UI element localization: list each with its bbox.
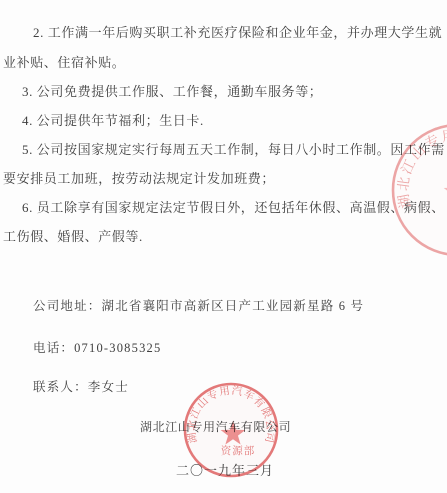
company-phone: 电话：0710-3085325 xyxy=(33,338,161,356)
contact-person: 联系人：李女士 xyxy=(33,377,129,395)
body-line-3: 3. 公司免费提供工作服、工作餐，通勤车服务等； xyxy=(22,81,322,100)
document-page: 2. 工作满一年后购买职工补充医疗保险和企业年金，并办理大学生就 业补贴、住宿补… xyxy=(0,0,447,493)
body-line-1: 2. 工作满一年后购买职工补充医疗保险和企业年金，并办理大学生就 xyxy=(33,22,442,41)
seal-arc-text: 湖北江山专用汽车有限公司 xyxy=(185,385,277,445)
body-line-4: 4. 公司提供年节福利；生日卡. xyxy=(22,110,204,129)
body-line-7: 6. 员工除享有国家规定法定节假日外，还包括年休假、高温假、病假、 xyxy=(22,197,445,216)
company-signature: 湖北江山专用汽车有限公司 xyxy=(140,418,291,435)
body-line-5: 5. 公司按国家规定实行每周五天工作制，每日八小时工作制。因工作需 xyxy=(22,139,445,158)
body-line-6: 要安排员工加班，按劳动法规定计发加班费； xyxy=(3,168,275,187)
svg-text:湖北江山专用汽车有限公司: 湖北江山专用汽车有限公司 xyxy=(185,385,277,445)
body-line-2: 业补贴、住宿补贴。 xyxy=(3,52,125,71)
company-address: 公司地址：湖北省襄阳市高新区日产工业园新星路 6 号 xyxy=(33,296,364,314)
document-date: 二〇一九年三月 xyxy=(176,460,274,479)
edge-seal-stamp: 湖北江山专用汽车有限公司 xyxy=(380,110,447,270)
seal-dept-text: 资源部 xyxy=(221,444,256,457)
body-line-8: 工伤假、婚假、产假等. xyxy=(3,226,143,245)
